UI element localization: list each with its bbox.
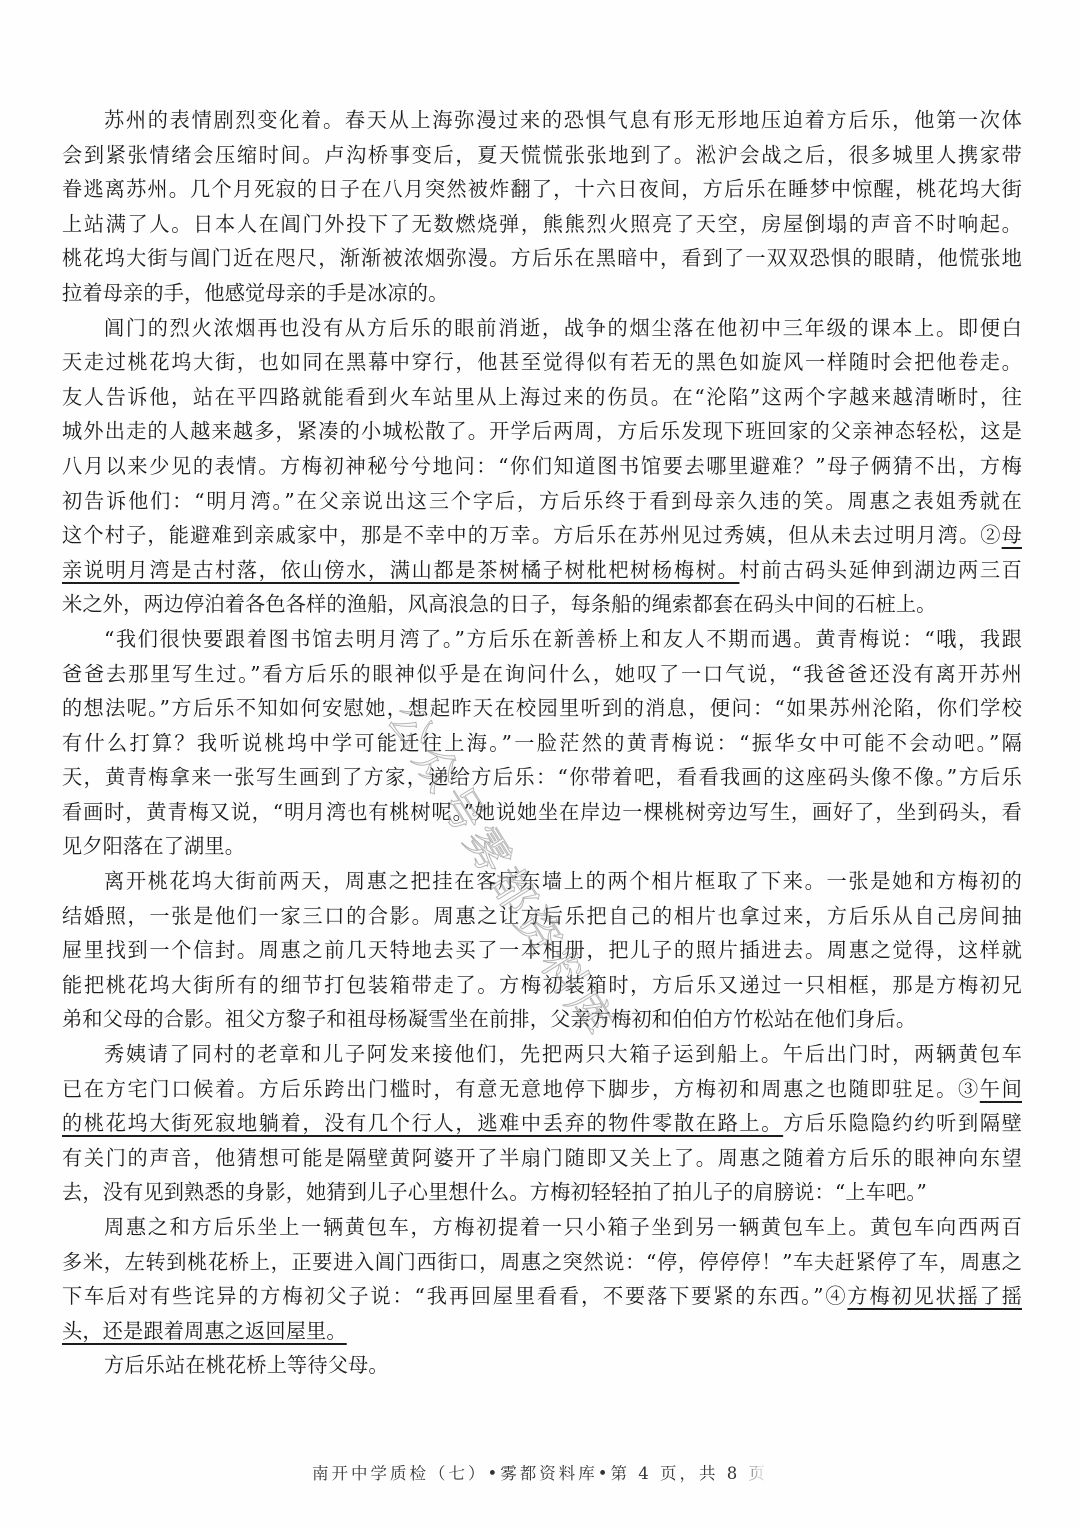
- text-run: 周惠之和方后乐坐上一辆黄包车，方梅初提着一只小箱子坐到另一辆黄包车上。黄包车向西…: [104, 1215, 1022, 1239]
- text-line: 屉里找到一个信封。周惠之前几天特地去买了一本相册，把儿子的照片插进去。周惠之觉得…: [62, 933, 1022, 968]
- text-run: 方后乐隐隐约约听到隔壁: [783, 1111, 1022, 1135]
- text-line: 天走过桃花坞大街，也如同在黑幕中穿行，他甚至觉得似有若无的黑色如旋风一样随时会把…: [62, 345, 1022, 380]
- text-run: 离开桃花坞大街前两天，周惠之把挂在客厅东墙上的两个相片框取了下来。一张是她和方梅…: [104, 869, 1022, 893]
- text-line: “我们很快要跟着图书馆去明月湾了。”方后乐在新善桥上和友人不期而遇。黄青梅说：“…: [62, 622, 1022, 657]
- text-run: 的想法呢。”方后乐不知如何安慰她，想起昨天在校园里听到的消息，便问：“如果苏州沦…: [62, 696, 1022, 720]
- underlined-sentence: 的桃花坞大街死寂地躺着，没有几个行人，逃难中丢弃的物件零散在路上。: [62, 1111, 783, 1135]
- text-line: 眷逃离苏州。几个月死寂的日子在八月突然被炸翻了，十六日夜间，方后乐在睡梦中惊醒，…: [62, 172, 1022, 207]
- text-run: 秀姨请了同村的老章和儿子阿发来接他们，先把两只大箱子运到船上。午后出门时，两辆黄…: [104, 1042, 1022, 1066]
- text-run: 初告诉他们：“明月湾。”在父亲说出这三个字后，方后乐终于看到母亲久违的笑。周惠之…: [62, 489, 1022, 513]
- text-line: 天，黄青梅拿来一张写生画到了方家，递给方后乐：“你带着吧，看看我画的这座码头像不…: [62, 760, 1022, 795]
- text-line: 去，没有见到熟悉的身影，她猜到儿子心里想什么。方梅初轻轻拍了拍儿子的肩膀说：“上…: [62, 1175, 1022, 1210]
- text-run: 会到紧张情绪会压缩时间。卢沟桥事变后，夏天慌慌张张地到了。淞沪会战之后，很多城里…: [62, 143, 1022, 167]
- text-line: 多米，左转到桃花桥上，正要进入阊门西街口，周惠之突然说：“停，停停停！”车夫赶紧…: [62, 1245, 1022, 1280]
- text-line: 八月以来少见的表情。方梅初神秘兮兮地问：“你们知道图书馆要去哪里避难？”母子俩猜…: [62, 449, 1022, 484]
- text-run: 苏州的表情剧烈变化着。春天从上海弥漫过来的恐惧气息有形无形地压迫着方后乐，他第一…: [104, 108, 1022, 132]
- text-line: 亲说明月湾是古村落，依山傍水，满山都是茶树橘子树枇杷树杨梅树。村前古码头延伸到湖…: [62, 553, 1022, 588]
- text-line: 头，还是跟着周惠之返回屋里。: [62, 1314, 1022, 1349]
- text-run: 弟和父母的合影。祖父方黎子和祖母杨凝雪坐在前排，父亲方梅初和伯伯方竹松站在他们身…: [62, 1007, 916, 1031]
- text-line: 能把桃花坞大街所有的细节打包装箱带走了。方梅初装箱时，方后乐又递过一只相框，那是…: [62, 968, 1022, 1003]
- text-run: 有什么打算？我听说桃坞中学可能迁往上海。”一脸茫然的黄青梅说：“振华女中可能不会…: [62, 731, 1022, 755]
- text-run: 结婚照，一张是他们一家三口的合影。周惠之让方后乐把自己的相片也拿过来，方后乐从自…: [62, 904, 1022, 928]
- text-run: 能把桃花坞大街所有的细节打包装箱带走了。方梅初装箱时，方后乐又递过一只相框，那是…: [62, 973, 1022, 997]
- text-run: 屉里找到一个信封。周惠之前几天特地去买了一本相册，把儿子的照片插进去。周惠之觉得…: [62, 938, 1022, 962]
- text-line: 这个村子，能避难到亲戚家中，那是不幸中的万幸。方后乐在苏州见过秀姨，但从未去过明…: [62, 518, 1022, 553]
- text-run: 多米，左转到桃花桥上，正要进入阊门西街口，周惠之突然说：“停，停停停！”车夫赶紧…: [62, 1250, 1022, 1274]
- footer-fade-edge: [740, 1455, 780, 1485]
- text-line: 米之外，两边停泊着各色各样的渔船，风高浪急的日子，每条船的绳索都套在码头中间的石…: [62, 587, 1022, 622]
- text-run: 桃花坞大街与阊门近在咫尺，渐渐被浓烟弥漫。方后乐在黑暗中，看到了一双双恐惧的眼睛…: [62, 246, 1022, 270]
- text-line: 城外出走的人越来越多，紧凑的小城松散了。开学后两周，方后乐发现下班回家的父亲神态…: [62, 414, 1022, 449]
- text-line: 弟和父母的合影。祖父方黎子和祖母杨凝雪坐在前排，父亲方梅初和伯伯方竹松站在他们身…: [62, 1002, 1022, 1037]
- text-run: 方后乐站在桃花桥上等待父母。: [104, 1353, 389, 1377]
- text-line: 离开桃花坞大街前两天，周惠之把挂在客厅东墙上的两个相片框取了下来。一张是她和方梅…: [62, 864, 1022, 899]
- text-run: 村前古码头延伸到湖边两三百: [739, 558, 1022, 582]
- text-line: 已在方宅门口候着。方后乐跨出门槛时，有意无意地停下脚步，方梅初和周惠之也随即驻足…: [62, 1072, 1022, 1107]
- text-run: “我们很快要跟着图书馆去明月湾了。”方后乐在新善桥上和友人不期而遇。黄青梅说：“…: [104, 627, 1022, 651]
- text-line: 的想法呢。”方后乐不知如何安慰她，想起昨天在校园里听到的消息，便问：“如果苏州沦…: [62, 691, 1022, 726]
- underlined-sentence: 方梅初见状摇了摇: [847, 1284, 1022, 1308]
- text-run: 天走过桃花坞大街，也如同在黑幕中穿行，他甚至觉得似有若无的黑色如旋风一样随时会把…: [62, 350, 1022, 374]
- text-line: 爸爸去那里写生过。”看方后乐的眼神似乎是在询问什么，她叹了一口气说，“我爸爸还没…: [62, 657, 1022, 692]
- text-run: 友人告诉他，站在平四路就能看到火车站里从上海过来的伤员。在“沦陷”这两个字越来越…: [62, 385, 1022, 409]
- text-line: 会到紧张情绪会压缩时间。卢沟桥事变后，夏天慌慌张张地到了。淞沪会战之后，很多城里…: [62, 138, 1022, 173]
- text-run: 看画时，黄青梅又说，“明月湾也有桃树呢。”她说她坐在岸边一棵桃树旁边写生，画好了…: [62, 800, 1022, 824]
- text-line: 初告诉他们：“明月湾。”在父亲说出这三个字后，方后乐终于看到母亲久违的笑。周惠之…: [62, 484, 1022, 519]
- text-line: 的桃花坞大街死寂地躺着，没有几个行人，逃难中丢弃的物件零散在路上。方后乐隐隐约约…: [62, 1106, 1022, 1141]
- text-line: 友人告诉他，站在平四路就能看到火车站里从上海过来的伤员。在“沦陷”这两个字越来越…: [62, 380, 1022, 415]
- text-line: 有什么打算？我听说桃坞中学可能迁往上海。”一脸茫然的黄青梅说：“振华女中可能不会…: [62, 726, 1022, 761]
- text-line: 有关门的声音，他猜想可能是隔壁黄阿婆开了半扇门随即又关上了。周惠之随着方后乐的眼…: [62, 1141, 1022, 1176]
- text-run: 城外出走的人越来越多，紧凑的小城松散了。开学后两周，方后乐发现下班回家的父亲神态…: [62, 419, 1022, 443]
- text-line: 下车后对有些诧异的方梅初父子说：“我再回屋里看看，不要落下要紧的东西。”④方梅初…: [62, 1279, 1022, 1314]
- passage-body: 苏州的表情剧烈变化着。春天从上海弥漫过来的恐惧气息有形无形地压迫着方后乐，他第一…: [62, 103, 1022, 1383]
- underlined-sentence: 亲说明月湾是古村落，依山傍水，满山都是茶树橘子树枇杷树杨梅树。: [62, 558, 739, 582]
- text-run: 爸爸去那里写生过。”看方后乐的眼神似乎是在询问什么，她叹了一口气说，“我爸爸还没…: [62, 662, 1022, 686]
- text-run: 下车后对有些诧异的方梅初父子说：“我再回屋里看看，不要落下要紧的东西。”④: [62, 1284, 847, 1308]
- text-run: 见夕阳落在了湖里。: [62, 834, 245, 858]
- text-run: 米之外，两边停泊着各色各样的渔船，风高浪急的日子，每条船的绳索都套在码头中间的石…: [62, 592, 937, 616]
- text-line: 方后乐站在桃花桥上等待父母。: [62, 1348, 1022, 1383]
- text-line: 桃花坞大街与阊门近在咫尺，渐渐被浓烟弥漫。方后乐在黑暗中，看到了一双双恐惧的眼睛…: [62, 241, 1022, 276]
- document-page: 苏州的表情剧烈变化着。春天从上海弥漫过来的恐惧气息有形无形地压迫着方后乐，他第一…: [0, 0, 1080, 1527]
- text-run: 上站满了人。日本人在阊门外投下了无数燃烧弹，熊熊烈火照亮了天空，房屋倒塌的声音不…: [62, 212, 1022, 236]
- text-line: 周惠之和方后乐坐上一辆黄包车，方梅初提着一只小箱子坐到另一辆黄包车上。黄包车向西…: [62, 1210, 1022, 1245]
- text-line: 秀姨请了同村的老章和儿子阿发来接他们，先把两只大箱子运到船上。午后出门时，两辆黄…: [62, 1037, 1022, 1072]
- text-line: 结婚照，一张是他们一家三口的合影。周惠之让方后乐把自己的相片也拿过来，方后乐从自…: [62, 899, 1022, 934]
- text-run: 阊门的烈火浓烟再也没有从方后乐的眼前消逝，战争的烟尘落在他初中三年级的课本上。即…: [104, 316, 1022, 340]
- text-run: 去，没有见到熟悉的身影，她猜到儿子心里想什么。方梅初轻轻拍了拍儿子的肩膀说：“上…: [62, 1180, 927, 1204]
- text-line: 苏州的表情剧烈变化着。春天从上海弥漫过来的恐惧气息有形无形地压迫着方后乐，他第一…: [62, 103, 1022, 138]
- text-run: 八月以来少见的表情。方梅初神秘兮兮地问：“你们知道图书馆要去哪里避难？”母子俩猜…: [62, 454, 1022, 478]
- text-line: 上站满了人。日本人在阊门外投下了无数燃烧弹，熊熊烈火照亮了天空，房屋倒塌的声音不…: [62, 207, 1022, 242]
- text-run: 眷逃离苏州。几个月死寂的日子在八月突然被炸翻了，十六日夜间，方后乐在睡梦中惊醒，…: [62, 177, 1022, 201]
- text-run: 已在方宅门口候着。方后乐跨出门槛时，有意无意地停下脚步，方梅初和周惠之也随即驻足…: [62, 1077, 980, 1101]
- text-run: 有关门的声音，他猜想可能是隔壁黄阿婆开了半扇门随即又关上了。周惠之随着方后乐的眼…: [62, 1146, 1022, 1170]
- underlined-sentence: 头，还是跟着周惠之返回屋里。: [62, 1319, 347, 1343]
- text-line: 见夕阳落在了湖里。: [62, 829, 1022, 864]
- underlined-sentence: 母: [1002, 523, 1022, 547]
- text-line: 拉着母亲的手，他感觉母亲的手是冰凉的。: [62, 276, 1022, 311]
- text-run: 拉着母亲的手，他感觉母亲的手是冰凉的。: [62, 281, 448, 305]
- text-run: 这个村子，能避难到亲戚家中，那是不幸中的万幸。方后乐在苏州见过秀姨，但从未去过明…: [62, 523, 1002, 547]
- text-line: 阊门的烈火浓烟再也没有从方后乐的眼前消逝，战争的烟尘落在他初中三年级的课本上。即…: [62, 311, 1022, 346]
- text-line: 看画时，黄青梅又说，“明月湾也有桃树呢。”她说她坐在岸边一棵桃树旁边写生，画好了…: [62, 795, 1022, 830]
- underlined-sentence: 午间: [980, 1077, 1022, 1101]
- text-run: 天，黄青梅拿来一张写生画到了方家，递给方后乐：“你带着吧，看看我画的这座码头像不…: [62, 765, 1022, 789]
- page-footer: 南开中学质检（七）•雾都资料库•第 4 页，共 8 页: [0, 1460, 1080, 1484]
